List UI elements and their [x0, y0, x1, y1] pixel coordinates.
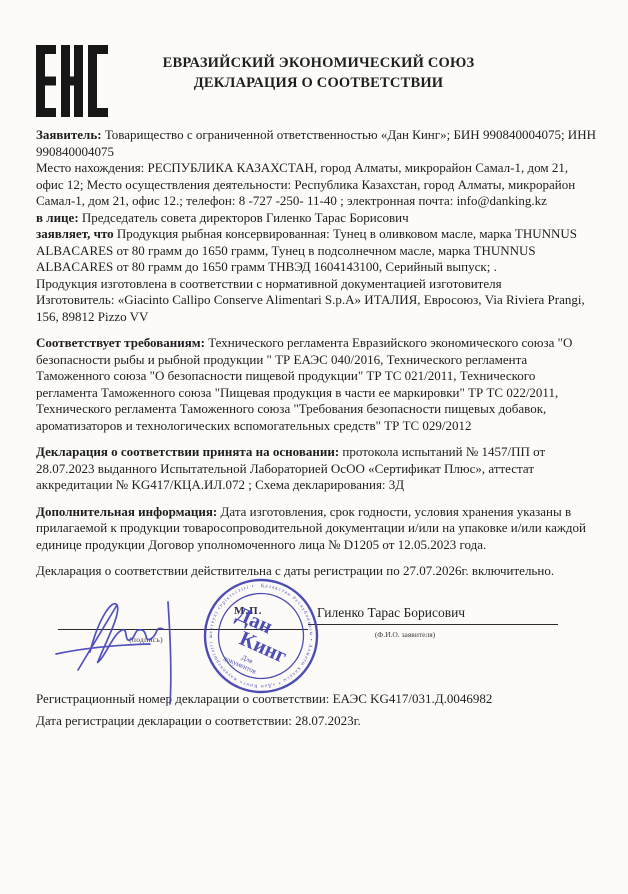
complies-label: Соответствует требованиям: — [36, 335, 205, 350]
complies-paragraph: Соответствует требованиям: Технического … — [36, 335, 596, 434]
applicant-name: Гиленко Тарас Борисович — [317, 605, 465, 622]
declares-label: заявляет, что — [36, 226, 114, 241]
declaration-document: ЕВРАЗИЙСКИЙ ЭКОНОМИЧЕСКИЙ СОЮЗ ДЕКЛАРАЦИ… — [0, 0, 628, 894]
company-stamp: Қазақстан Республикасы • Алматы қаласы •… — [186, 561, 336, 711]
address-paragraph: Место нахождения: РЕСПУБЛИКА КАЗАХСТАН, … — [36, 160, 596, 210]
represented-by-value: Председатель совета директоров Гиленко Т… — [79, 210, 409, 225]
applicant-value: Товарищество с ограниченной ответственно… — [36, 127, 596, 159]
applicant-paragraph: Заявитель: Товарищество с ограниченной о… — [36, 127, 596, 160]
basis-paragraph: Декларация о соответствии принята на осн… — [36, 444, 596, 494]
eac-mark-icon — [36, 45, 111, 117]
declares-paragraph: заявляет, что Продукция рыбная консервир… — [36, 226, 596, 276]
union-title: ЕВРАЗИЙСКИЙ ЭКОНОМИЧЕСКИЙ СОЮЗ — [111, 53, 526, 73]
basis-label: Декларация о соответствии принята на осн… — [36, 444, 339, 459]
applicant-name-caption: (Ф.И.О. заявителя) — [308, 627, 502, 644]
applicant-label: Заявитель: — [36, 127, 102, 142]
document-header: ЕВРАЗИЙСКИЙ ЭКОНОМИЧЕСКИЙ СОЮЗ ДЕКЛАРАЦИ… — [36, 45, 596, 117]
document-title-block: ЕВРАЗИЙСКИЙ ЭКОНОМИЧЕСКИЙ СОЮЗ ДЕКЛАРАЦИ… — [111, 45, 596, 93]
applicant-name-line — [308, 624, 558, 625]
represented-by-label: в лице: — [36, 210, 79, 225]
manufactured-paragraph: Продукция изготовлена в соответствии с н… — [36, 276, 596, 293]
declares-value: Продукция рыбная консервированная: Тунец… — [36, 226, 577, 274]
declaration-title: ДЕКЛАРАЦИЯ О СООТВЕТСТВИИ — [111, 73, 526, 93]
additional-info-paragraph: Дополнительная информация: Дата изготовл… — [36, 504, 596, 554]
signature-section: (подпись) Гиленко Тарас Борисович (Ф.И.О… — [36, 588, 596, 688]
represented-by-paragraph: в лице: Председатель совета директоров Г… — [36, 210, 596, 227]
declaration-text: Заявитель: Товарищество с ограниченной о… — [36, 127, 596, 732]
manufacturer-paragraph: Изготовитель: «Giacinto Callipo Conserve… — [36, 292, 596, 325]
additional-info-label: Дополнительная информация: — [36, 504, 217, 519]
